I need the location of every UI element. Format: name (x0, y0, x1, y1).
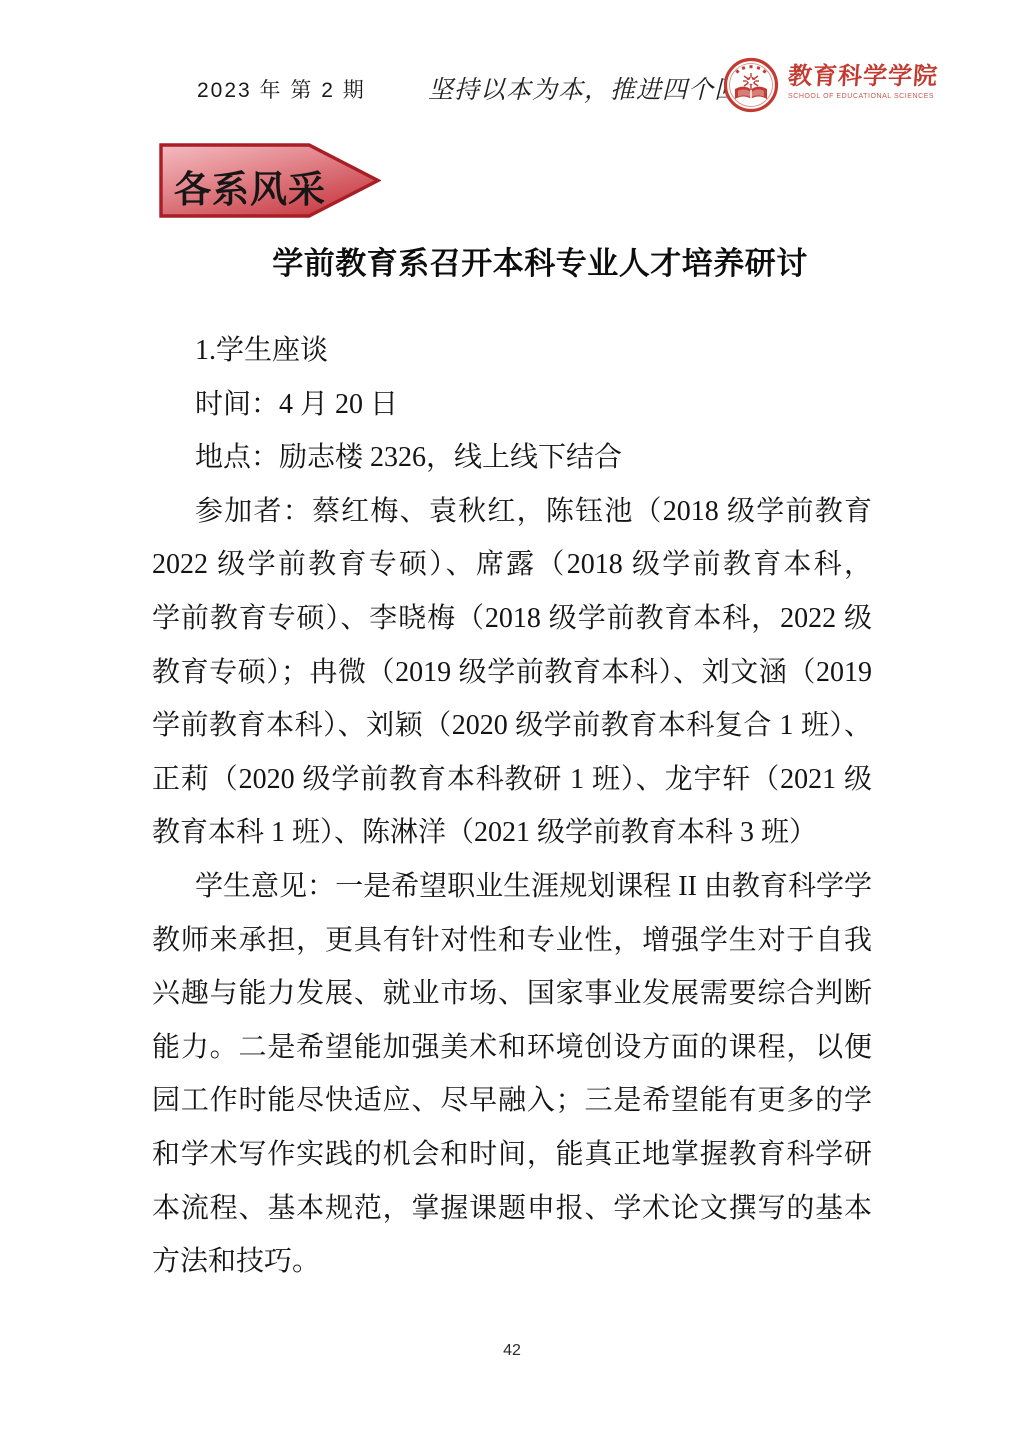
article-title: 学前教育系召开本科专业人才培养研讨 (160, 238, 920, 283)
body-line: 1.学生座谈 (152, 324, 872, 378)
body-line: 教育本科 1 班）、陈淋洋（2021 级学前教育本科 3 班） (152, 806, 872, 860)
body-line: 2022 级学前教育专硕）、席露（2018 级学前教育本科，2022 级 (152, 538, 872, 592)
body-line: 时间：4 月 20 日 (152, 378, 872, 432)
body-line: 园工作时能尽快适应、尽早融入；三是希望能有更多的学术思维 (152, 1074, 872, 1128)
body-line: 能力。二是希望能加强美术和环境创设方面的课程，以便在幼儿 (152, 1021, 872, 1075)
body-line: 学前教育本科）、刘颖（2020 级学前教育本科复合 1 班）、陈 (152, 699, 872, 753)
body-line: 学前教育专硕）、李晓梅（2018 级学前教育本科，2022 级学前 (152, 592, 872, 646)
section-banner-label: 各系风采 (174, 159, 322, 213)
header-motto: 坚持以本为本，推进四个回归 (428, 70, 766, 106)
school-logo-text: 教育科学学院 SCHOOL OF EDUCATIONAL SCIENCES (788, 55, 938, 100)
body-line: 方法和技巧。 (152, 1235, 872, 1289)
page-number: 42 (0, 1342, 1024, 1360)
body-line: 正莉（2020 级学前教育本科教研 1 班）、龙宇轩（2021 级学前 (152, 753, 872, 807)
section-banner: 各系风采 (159, 142, 381, 220)
body-line: 和学术写作实践的机会和时间，能真正地掌握教育科学研究的基 (152, 1128, 872, 1182)
body-line: 学生意见：一是希望职业生涯规划课程 II 由教育科学学院的 (152, 860, 872, 914)
body-line: 兴趣与能力发展、就业市场、国家事业发展需要综合判断把握的 (152, 967, 872, 1021)
school-name-en: SCHOOL OF EDUCATIONAL SCIENCES (788, 93, 938, 100)
body-line: 参加者：蔡红梅、袁秋红，陈钰池（2018 级学前教育本科， (152, 485, 872, 539)
school-logo: 教育科学学院 SCHOOL OF EDUCATIONAL SCIENCES (723, 55, 938, 115)
body-line: 本流程、基本规范，掌握课题申报、学术论文撰写的基本原则、 (152, 1182, 872, 1236)
school-name-cn: 教育科学学院 (787, 64, 939, 90)
body-line: 地点：励志楼 2326，线上线下结合 (152, 431, 872, 485)
issue-label: 2023 年 第 2 期 (197, 74, 366, 104)
body-line: 教师来承担，更具有针对性和专业性，增强学生对于自我的专业 (152, 914, 872, 968)
body-line: 教育专硕）；冉微（2019 级学前教育本科）、刘文涵（2019 级 (152, 646, 872, 700)
document-page: 2023 年 第 2 期 坚持以本为本，推进四个回归 (0, 0, 1024, 1448)
school-seal-icon (723, 55, 779, 115)
article-body: 1.学生座谈时间：4 月 20 日地点：励志楼 2326，线上线下结合参加者：蔡… (152, 324, 872, 1289)
